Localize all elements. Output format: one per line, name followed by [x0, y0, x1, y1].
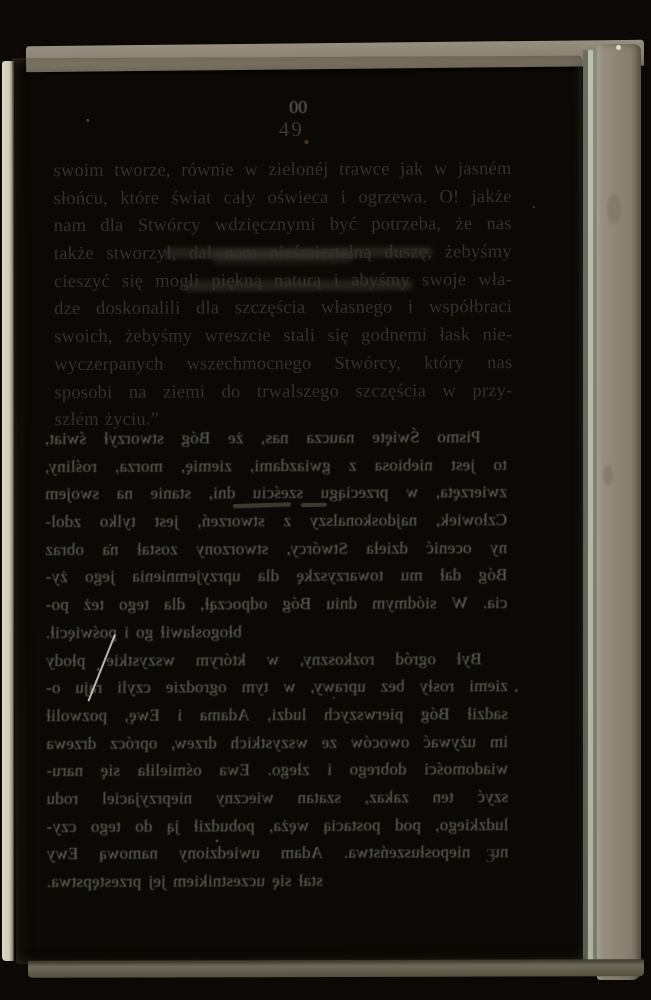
- word: jest: [154, 508, 179, 536]
- word: naru-: [46, 757, 83, 785]
- word: czy-: [46, 813, 76, 841]
- word: Był: [456, 645, 481, 673]
- word: wieczny: [216, 784, 274, 812]
- word: ny: [490, 534, 508, 562]
- body-text-line: namdlaStwórcywdzięcznymibyćpotrzeba,żena…: [54, 211, 512, 241]
- word: swoim: [53, 158, 103, 186]
- show-through-line: nunieposłuszeństwa.AdamuwiedzionynamowąE…: [46, 838, 508, 868]
- word: i: [341, 184, 346, 212]
- word: jego: [85, 563, 115, 591]
- word: wszechmocnego: [187, 351, 312, 379]
- word: przeciągu: [320, 479, 388, 507]
- word: też: [84, 591, 105, 619]
- show-through-line: imużywaćowocówzewszystkichdrzew,opróczdr…: [46, 728, 508, 758]
- word: uczestnikiem: [173, 867, 265, 895]
- show-through-line: ziemirosłybezuprawy,wtymogrodzieczyliraj…: [46, 672, 508, 702]
- word: z: [283, 507, 291, 535]
- book-page: 49 00 PismoŚwiętenauczanas,żeBógstworzył…: [12, 56, 586, 964]
- word: nam: [54, 213, 87, 241]
- word: cia.: [482, 589, 507, 617]
- word: Adama: [199, 701, 249, 729]
- word: doskonalili: [96, 296, 181, 324]
- page-edge-mid-strip: [593, 50, 597, 974]
- word: ży-: [45, 563, 67, 591]
- word: swojem: [45, 480, 99, 508]
- word: wreszcie: [205, 323, 271, 351]
- word: i: [327, 756, 332, 784]
- word: ziemi: [163, 379, 205, 407]
- section-divider-dash: [301, 503, 327, 507]
- word: jak: [400, 156, 423, 184]
- word: i: [177, 701, 182, 729]
- word: się: [122, 268, 143, 296]
- word: rosły: [419, 673, 454, 701]
- show-through-line: stałsięuczestnikiemjejprzestępstwa.: [47, 866, 509, 896]
- word: dla: [258, 563, 279, 591]
- word: namową: [99, 840, 158, 868]
- word: stał: [298, 867, 323, 895]
- paper-speck: [515, 689, 518, 692]
- word: bez: [380, 673, 404, 701]
- word: który: [424, 350, 464, 378]
- word: tylko: [100, 508, 136, 536]
- word: że: [455, 212, 472, 240]
- word: zwierzęta,: [435, 478, 506, 506]
- word: na: [116, 480, 133, 508]
- word: uwiedziony: [179, 839, 260, 867]
- word: ogrodzie: [166, 674, 227, 702]
- word: Ewę,: [124, 701, 159, 729]
- body-text-line: takżestworzył,dałnamnieśmiertelnąduszę,ż…: [54, 239, 512, 269]
- show-through-line: nyocenićdziełaStwórcy,stworzonyzostałnao…: [45, 534, 507, 564]
- word: i: [334, 268, 339, 296]
- show-through-line: Bógdałmutowarzyszkędlauprzyjemnieniajego…: [45, 562, 507, 592]
- word: najdoskonalszy: [310, 507, 418, 535]
- word: Stwórcy,: [334, 350, 401, 378]
- word: postacią: [323, 811, 380, 839]
- body-text-line: swoimtworze,równiewzielonéjtrawcejakwjas…: [53, 156, 511, 186]
- word: rozkoszny,: [299, 645, 374, 673]
- word: naturą: [274, 268, 322, 296]
- word: wszystkie: [106, 646, 175, 674]
- word: o-: [46, 674, 61, 702]
- word: szczęścia: [235, 295, 306, 323]
- word: w: [406, 479, 419, 507]
- word: dobrego: [349, 756, 406, 784]
- word: towarzyszkę: [296, 562, 383, 590]
- word: w: [434, 156, 448, 184]
- word: współbraci: [429, 295, 512, 323]
- word: stworzony: [196, 535, 269, 563]
- word: zdol-: [45, 508, 81, 536]
- word: nie-: [483, 322, 513, 350]
- word: tworze,: [114, 158, 170, 186]
- word: Człowiek,: [436, 506, 507, 534]
- word: to: [493, 451, 507, 479]
- word: cały: [224, 185, 256, 213]
- word: przestępstwa.: [47, 868, 142, 896]
- word: tym: [241, 673, 268, 701]
- word: nieposłuszeństwa.: [344, 839, 471, 867]
- word: ziemię,: [181, 452, 232, 480]
- word: mogli: [155, 268, 199, 296]
- word: jakże: [472, 184, 512, 212]
- word: rośliny,: [45, 453, 97, 481]
- word: dze: [54, 296, 80, 324]
- word: w: [283, 673, 296, 701]
- word: i: [408, 295, 413, 323]
- body-text-line: słońcu,któreświatcałyoświecaiogrzewa.O!j…: [54, 184, 512, 214]
- word: żebyśmy: [125, 324, 192, 352]
- word: świat: [171, 185, 211, 213]
- word: duszę,: [384, 239, 432, 267]
- body-text-line: szłémżyciu.”: [55, 405, 513, 435]
- scanned-book-photo: 49 00 PismoŚwiętenauczanas,żeBógstworzył…: [0, 0, 651, 1000]
- word: się: [328, 323, 349, 351]
- word: ośmieliła: [137, 757, 201, 785]
- word: przy-: [472, 378, 512, 406]
- show-through-line: sadziłBógpierwszychludzi,AdamaiEwę,pozwo…: [46, 700, 508, 730]
- word: nas: [487, 350, 512, 378]
- word: swoje: [422, 267, 466, 295]
- word: płody: [46, 646, 86, 674]
- show-through-line: cia.WsiódmymdniuBógodpoczął,dlategoteżpo…: [45, 589, 507, 619]
- word: się: [272, 867, 292, 895]
- word: wszystkich: [230, 729, 308, 757]
- word: poświęcił.: [45, 619, 117, 647]
- word: sposobi: [54, 379, 112, 407]
- word: morza,: [115, 452, 163, 480]
- word: ten: [432, 783, 453, 811]
- word: pozwolił: [46, 702, 107, 730]
- word: obraz: [45, 536, 84, 564]
- word: szyć: [477, 783, 508, 811]
- word: potrzeba,: [371, 212, 441, 240]
- word: stali: [283, 323, 315, 351]
- word: stworzeń,: [197, 507, 265, 535]
- word: w: [266, 646, 279, 674]
- word: po-: [45, 591, 68, 619]
- word: ocenić: [426, 534, 472, 562]
- word: pierwszych: [324, 700, 404, 728]
- word: na: [102, 536, 119, 564]
- word: w: [442, 378, 456, 406]
- word: do: [222, 379, 241, 407]
- word: nas: [486, 211, 511, 239]
- paper-speck: [86, 119, 89, 122]
- word: go: [136, 618, 154, 646]
- word: którym: [195, 646, 245, 674]
- word: oświeca: [267, 185, 328, 213]
- word: także: [54, 241, 94, 269]
- word: stanie: [150, 480, 191, 508]
- word: godnemi: [361, 323, 427, 351]
- body-text-line: cieszyćsięmoglipięknąnaturąiabyśmyswojew…: [54, 267, 512, 297]
- word: Bóg: [421, 700, 450, 728]
- word: pobudził: [193, 812, 254, 840]
- word: ogród: [395, 645, 436, 673]
- paper-stain: [603, 464, 613, 486]
- word: stworzył,: [106, 241, 176, 269]
- verso-show-through-text: PismoŚwiętenauczanas,żeBógstworzyłświat,…: [45, 423, 509, 896]
- show-through-line: ludzkiego,podpostaciąwęża,pobudziłjądote…: [46, 811, 508, 841]
- word: Bóg: [282, 590, 311, 618]
- word: węża,: [269, 812, 309, 840]
- word: jej: [148, 868, 166, 896]
- word: dla: [164, 591, 185, 619]
- word: w: [244, 157, 258, 185]
- word: mu: [400, 562, 422, 590]
- word: ją: [167, 812, 180, 840]
- show-through-line: Byłogródrozkoszny,wktórymwszystkiepłody: [46, 645, 508, 675]
- body-text-line: swoich,żebyśmywreszciestalisięgodnemiłas…: [54, 322, 512, 352]
- word: zielonéj: [268, 157, 328, 185]
- word: do: [135, 812, 153, 840]
- word: dał: [189, 240, 212, 268]
- word: tego: [119, 591, 149, 619]
- word: swoich,: [54, 324, 113, 352]
- word: wła-: [478, 267, 512, 295]
- word: odpoczął,: [200, 590, 268, 618]
- word: uprzyjemnienia: [132, 563, 241, 591]
- signature-mark: 3: [470, 845, 510, 868]
- word: cieszyć: [54, 269, 110, 297]
- word: ludzkiego,: [435, 811, 508, 839]
- show-through-line: tojestniebiosazgwiazdami,ziemię,morza,ro…: [45, 451, 507, 481]
- word: nieprzyjaciel: [102, 784, 193, 812]
- word: wdzięcznymi: [215, 212, 316, 240]
- word: rodu: [46, 785, 78, 813]
- word: dla: [100, 213, 123, 241]
- word: szłém: [55, 407, 99, 435]
- corner-glint: [616, 45, 621, 50]
- word: używać: [423, 728, 476, 756]
- word: niebiosa: [374, 451, 432, 479]
- word: łask: [440, 322, 471, 350]
- paper-speck: [215, 839, 218, 842]
- word: W: [451, 589, 467, 617]
- book-fore-edge-stack: [597, 44, 641, 980]
- word: jest: [451, 451, 476, 479]
- paper-stain: [607, 194, 621, 224]
- show-through-line: szyćtenzakaz,szatanwiecznynieprzyjacielr…: [46, 783, 508, 813]
- word: z: [349, 451, 357, 479]
- word: szatan: [297, 784, 341, 812]
- show-through-page-number: 00: [268, 97, 328, 118]
- word: dzieła: [366, 534, 408, 562]
- body-text-line: dzedoskonalilidlaszczęściawłasnegoiwspół…: [54, 295, 512, 325]
- word: abyśmy: [351, 267, 410, 295]
- word: sadził: [467, 700, 508, 728]
- word: O!: [439, 184, 459, 212]
- word: pod: [395, 811, 421, 839]
- word: być: [330, 212, 357, 240]
- word: trwalszego: [257, 378, 339, 406]
- word: szczęścia: [355, 378, 426, 406]
- word: gwiazdami,: [250, 452, 331, 480]
- word: został: [137, 535, 178, 563]
- show-through-line: wiadomościdobregoizłego.Ewaośmieliłasięn…: [46, 755, 508, 785]
- show-through-line: błogosławiłgoipoświęcił.: [45, 617, 507, 647]
- word: Stwórcy: [138, 213, 201, 241]
- word: ludzi,: [267, 701, 307, 729]
- word: się: [100, 757, 120, 785]
- word: dał: [440, 562, 461, 590]
- word: i: [124, 619, 129, 647]
- word: wyczerpanych: [54, 351, 163, 379]
- paper-speck: [109, 544, 111, 546]
- word: żebyśmy: [445, 239, 512, 267]
- word: Ewy: [46, 840, 78, 868]
- word: piękną: [211, 268, 262, 296]
- word: zakaz,: [365, 783, 409, 811]
- word: równie: [181, 157, 234, 185]
- word: ze: [321, 728, 337, 756]
- word: im: [490, 728, 508, 756]
- word: owoców: [351, 728, 410, 756]
- paper-speck: [333, 697, 335, 699]
- word: błogosławił: [160, 618, 242, 646]
- page-number: 49: [231, 117, 351, 143]
- word: Bóg: [478, 562, 507, 590]
- word: drzewa: [46, 729, 96, 757]
- word: ogrzewa.: [358, 184, 427, 212]
- word: życiu.”: [105, 407, 159, 435]
- word: nam: [225, 240, 258, 268]
- word: Ewa: [219, 756, 250, 784]
- word: trawce: [339, 157, 390, 185]
- word: oprócz: [110, 729, 158, 757]
- word: dla: [196, 296, 219, 324]
- word: Adam: [281, 839, 323, 867]
- word: dniu: [326, 590, 357, 618]
- word: Stwórcy,: [286, 535, 348, 563]
- word: nieśmiertelną: [269, 240, 371, 268]
- body-text-paragraph: swoimtworze,równiewzielonéjtrawcejakwjas…: [53, 156, 512, 435]
- body-text-line: wyczerpanychwszechmocnegoStwórcy,któryna…: [54, 350, 512, 380]
- body-text-line: sposobinaziemidotrwalszegoszczęściawprzy…: [54, 378, 512, 408]
- word: uprawy,: [310, 673, 366, 701]
- word: czyli: [117, 674, 151, 702]
- word: siódmym: [372, 590, 437, 618]
- word: ziemi: [469, 672, 508, 700]
- word: na: [129, 379, 147, 407]
- word: drzew,: [171, 729, 217, 757]
- word: złego.: [267, 756, 309, 784]
- word: które: [120, 185, 159, 213]
- show-through-line: Człowiek,najdoskonalszyzstworzeń,jesttyl…: [45, 506, 507, 536]
- word: jasném: [458, 156, 512, 184]
- word: słońcu,: [54, 186, 108, 214]
- word: własnego: [321, 295, 393, 323]
- word: tego: [91, 812, 121, 840]
- word: wiadomości: [424, 755, 508, 783]
- paper-speck: [533, 206, 535, 208]
- word: dni,: [208, 480, 235, 508]
- paper-speck: [304, 140, 308, 144]
